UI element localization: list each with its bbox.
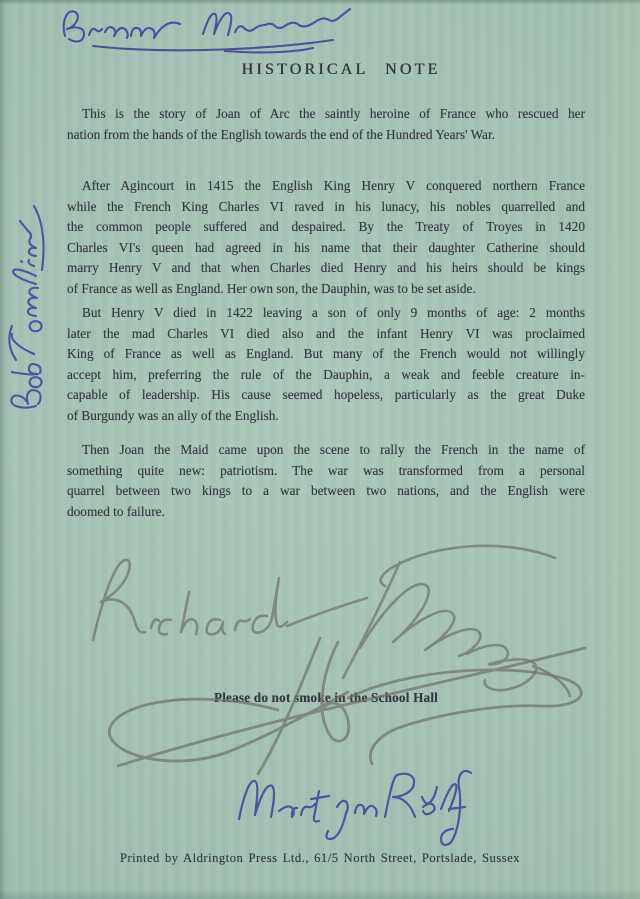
text-line: Then Joan the Maid came upon the scene t…: [67, 440, 585, 461]
no-smoking-notice: Please do not smoke in the School Hall: [0, 690, 640, 706]
text-line: This is the story of Joan of Arc the sai…: [67, 104, 585, 125]
text-line: of Burgundy was an ally of the English.: [67, 406, 585, 427]
historical-note-body: This is the story of Joan of Arc the sai…: [67, 104, 585, 544]
text-line: quarrel between two kings to a war betwe…: [67, 481, 585, 502]
text-line: marry Henry V and that when Charles died…: [67, 258, 585, 279]
scanned-page: HISTORICAL NOTE This is the story of Joa…: [0, 0, 640, 899]
text-line: later the mad Charles VI died also and t…: [67, 324, 585, 345]
paragraph: After Agincourt in 1415 the English King…: [67, 176, 585, 299]
text-line: King of France as well as England. But m…: [67, 344, 585, 365]
signature-bob-tomlin: [0, 188, 48, 420]
text-line: nation from the hands of the English tow…: [67, 125, 585, 146]
text-line: of France as well as England. Her own so…: [67, 279, 585, 300]
text-line: But Henry V died in 1422 leaving a son o…: [67, 303, 585, 324]
signature-martyn-relf: [215, 753, 475, 858]
text-line: Charles VI's queen had agreed in his nam…: [67, 238, 585, 259]
printer-credit: Printed by Aldrington Press Ltd., 61/5 N…: [0, 851, 640, 866]
paragraph: This is the story of Joan of Arc the sai…: [67, 104, 585, 145]
text-line: while the French King Charles VI raved i…: [67, 197, 585, 218]
signature-richard-feller: [55, 536, 590, 701]
paragraph: But Henry V died in 1422 leaving a son o…: [67, 303, 585, 426]
text-line: accept him, preferring the rule of the D…: [67, 365, 585, 386]
text-line: the common people suffered and despaired…: [67, 217, 585, 238]
text-line: something quite new: patriotism. The war…: [67, 461, 585, 482]
text-line: capable of leadership. His cause seemed …: [67, 385, 585, 406]
page-title: HISTORICAL NOTE: [0, 61, 640, 79]
signature-brian-wilson: [45, 2, 365, 60]
paragraph: Then Joan the Maid came upon the scene t…: [67, 440, 585, 522]
text-line: After Agincourt in 1415 the English King…: [67, 176, 585, 197]
text-line: doomed to failure.: [67, 502, 585, 523]
